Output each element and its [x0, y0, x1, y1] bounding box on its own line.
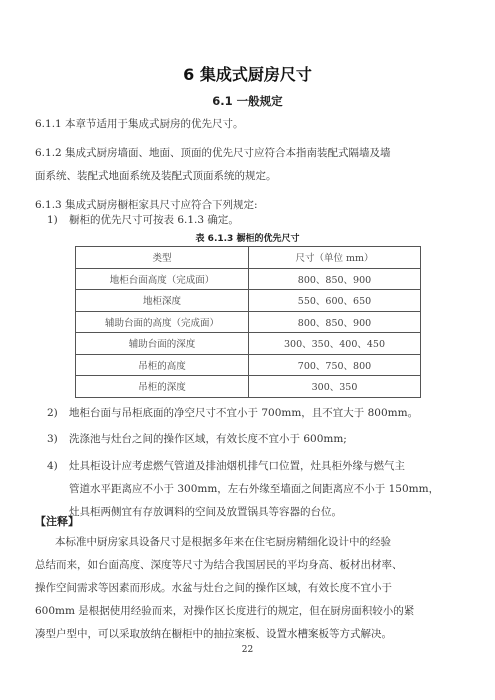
section-title: 6.1 一般规定	[0, 93, 495, 109]
note-heading: 【注释】	[35, 513, 79, 529]
table-cell-size: 800、850、900	[249, 268, 421, 290]
list-text: 洗涤池与灶台之间的操作区域，有效长度不宜小于 600mm;	[69, 433, 347, 445]
table-cell-size: 300、350、400、450	[249, 333, 421, 355]
table-cell-size: 800、850、900	[249, 311, 421, 333]
list-number: 1)	[47, 209, 69, 232]
list-number: 2)	[47, 402, 69, 425]
clause-line: 6.1.2 集成式厨房墙面、地面、顶面的优先尺寸应符合本指南装配式隔墙及墙	[35, 142, 465, 165]
note-line: 总结而来，如台面高度、深度等尺寸为结合我国居民的平均身高、板材出材率、	[35, 554, 465, 577]
list-item-4: 4)灶具柜设计应考虑燃气管道及排油烟机排气口位置，灶具柜外缘与燃气主 管道水平距…	[47, 455, 439, 524]
table-row: 地柜深度 550、600、650	[76, 290, 421, 312]
preferred-size-table: 类型 尺寸（单位 mm） 地柜台面高度（完成面） 800、850、900 地柜深…	[75, 246, 421, 398]
note-line: 本标准中厨房家具设备尺寸是根据多年来在住宅厨房精细化设计中的经验	[35, 531, 465, 554]
list-item-1: 1)橱柜的优先尺寸可按表 6.1.3 确定。	[47, 209, 239, 232]
note-line: 凑型户型中，可以采取放纳在橱柜中的抽拉案板、设置水槽案板等方式解决。	[35, 623, 465, 646]
table-cell-type: 地柜台面高度（完成面）	[76, 268, 249, 290]
list-item-2: 2)地柜台面与吊柜底面的净空尺寸不宜小于 700mm，且不宜大于 800mm。	[47, 402, 418, 425]
note-line: 600mm 是根据使用经验而来，对操作区长度进行的规定，但在厨房面积较小的紧	[35, 600, 465, 623]
list-item-3: 3)洗涤池与灶台之间的操作区域，有效长度不宜小于 600mm;	[47, 428, 347, 451]
list-number: 3)	[47, 428, 69, 451]
table-header-type: 类型	[76, 247, 249, 269]
table-row: 辅助台面的深度 300、350、400、450	[76, 333, 421, 355]
table-caption: 表 6.1.3 橱柜的优先尺寸	[0, 231, 495, 244]
list-text: 地柜台面与吊柜底面的净空尺寸不宜小于 700mm，且不宜大于 800mm。	[69, 407, 418, 419]
table-cell-type: 辅助台面的深度	[76, 333, 249, 355]
list-text: 橱柜的优先尺寸可按表 6.1.3 确定。	[69, 214, 239, 226]
note-line: 操作空间需求等因素而形成。水盆与灶台之间的操作区域，有效长度不宜小于	[35, 577, 465, 600]
table-header-size: 尺寸（单位 mm）	[249, 247, 421, 269]
list-text: 管道水平距离应不小于 300mm，左右外缘至墙面之间距离应不小于 150mm，	[47, 478, 439, 501]
table-row: 吊柜的高度 700、750、800	[76, 354, 421, 376]
table-cell-type: 地柜深度	[76, 290, 249, 312]
list-number: 4)	[47, 455, 69, 478]
table-row: 地柜台面高度（完成面） 800、850、900	[76, 268, 421, 290]
table-cell-size: 700、750、800	[249, 354, 421, 376]
table-header-row: 类型 尺寸（单位 mm）	[76, 247, 421, 269]
table-cell-size: 550、600、650	[249, 290, 421, 312]
clause-6-1-2: 6.1.2 集成式厨房墙面、地面、顶面的优先尺寸应符合本指南装配式隔墙及墙 面系…	[35, 142, 465, 188]
page-number: 22	[0, 645, 495, 655]
table-cell-type: 吊柜的深度	[76, 376, 249, 398]
clause-line: 面系统、装配式地面系统及装配式顶面系统的规定。	[35, 165, 465, 188]
list-text: 灶具柜两侧宜有存放调料的空间及放置锅具等容器的台位。	[47, 501, 439, 524]
clause-6-1-1: 6.1.1 本章节适用于集成式厨房的优先尺寸。	[35, 113, 465, 136]
clause-line: 6.1.1 本章节适用于集成式厨房的优先尺寸。	[35, 113, 465, 136]
table-cell-size: 300、350	[249, 376, 421, 398]
note-body: 本标准中厨房家具设备尺寸是根据多年来在住宅厨房精细化设计中的经验 总结而来，如台…	[35, 531, 465, 646]
table-cell-type: 吊柜的高度	[76, 354, 249, 376]
list-text: 灶具柜设计应考虑燃气管道及排油烟机排气口位置，灶具柜外缘与燃气主	[69, 460, 405, 472]
table-row: 辅助台面的高度（完成面） 800、850、900	[76, 311, 421, 333]
table-row: 吊柜的深度 300、350	[76, 376, 421, 398]
table-cell-type: 辅助台面的高度（完成面）	[76, 311, 249, 333]
chapter-title: 6 集成式厨房尺寸	[0, 62, 495, 85]
